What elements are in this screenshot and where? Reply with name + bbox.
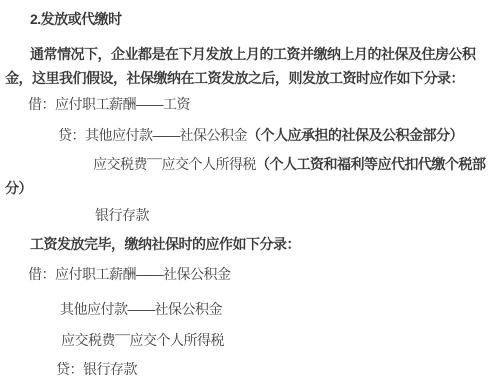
social-security-entry-debit-line-1: 借：应付职工薪酬——社保公积金 [5, 262, 497, 286]
account-text: 贷：其他应付款——社保公积金 [58, 127, 247, 143]
transition-paragraph: 工资发放完毕，缴纳社保时的应作如下分录： [5, 232, 497, 256]
account-text: 应交税费¯¯应交个人所得税 [93, 156, 256, 172]
account-note: （个人应承担的社保及公积金部分） [247, 127, 463, 143]
social-security-entry-debit-line-3: 应交税费¯¯应交个人所得税 [5, 328, 497, 352]
payroll-entry-debit-line: 借：应付职工薪酬——工资 [5, 92, 497, 116]
article-body: 2.发放或代缴时 通常情况下，企业都是在下月发放上月的工资并缴纳上月的社保及住房… [0, 0, 499, 389]
payroll-entry-credit-line-2: 应交税费¯¯应交个人所得税（个人工资和福利等应代扣代缴个税部分） [5, 152, 497, 200]
social-security-entry-debit-line-2: 其他应付款——社保公积金 [5, 297, 497, 321]
payroll-entry-credit-line-1: 贷：其他应付款——社保公积金（个人应承担的社保及公积金部分） [5, 123, 497, 147]
intro-paragraph: 通常情况下，企业都是在下月发放上月的工资并缴纳上月的社保及住房公积金，这里我们假… [5, 42, 497, 90]
payroll-entry-credit-line-3: 银行存款 [5, 203, 497, 227]
social-security-entry-credit-line: 贷：银行存款 [5, 357, 497, 381]
section-heading: 2.发放或代缴时 [5, 7, 497, 31]
